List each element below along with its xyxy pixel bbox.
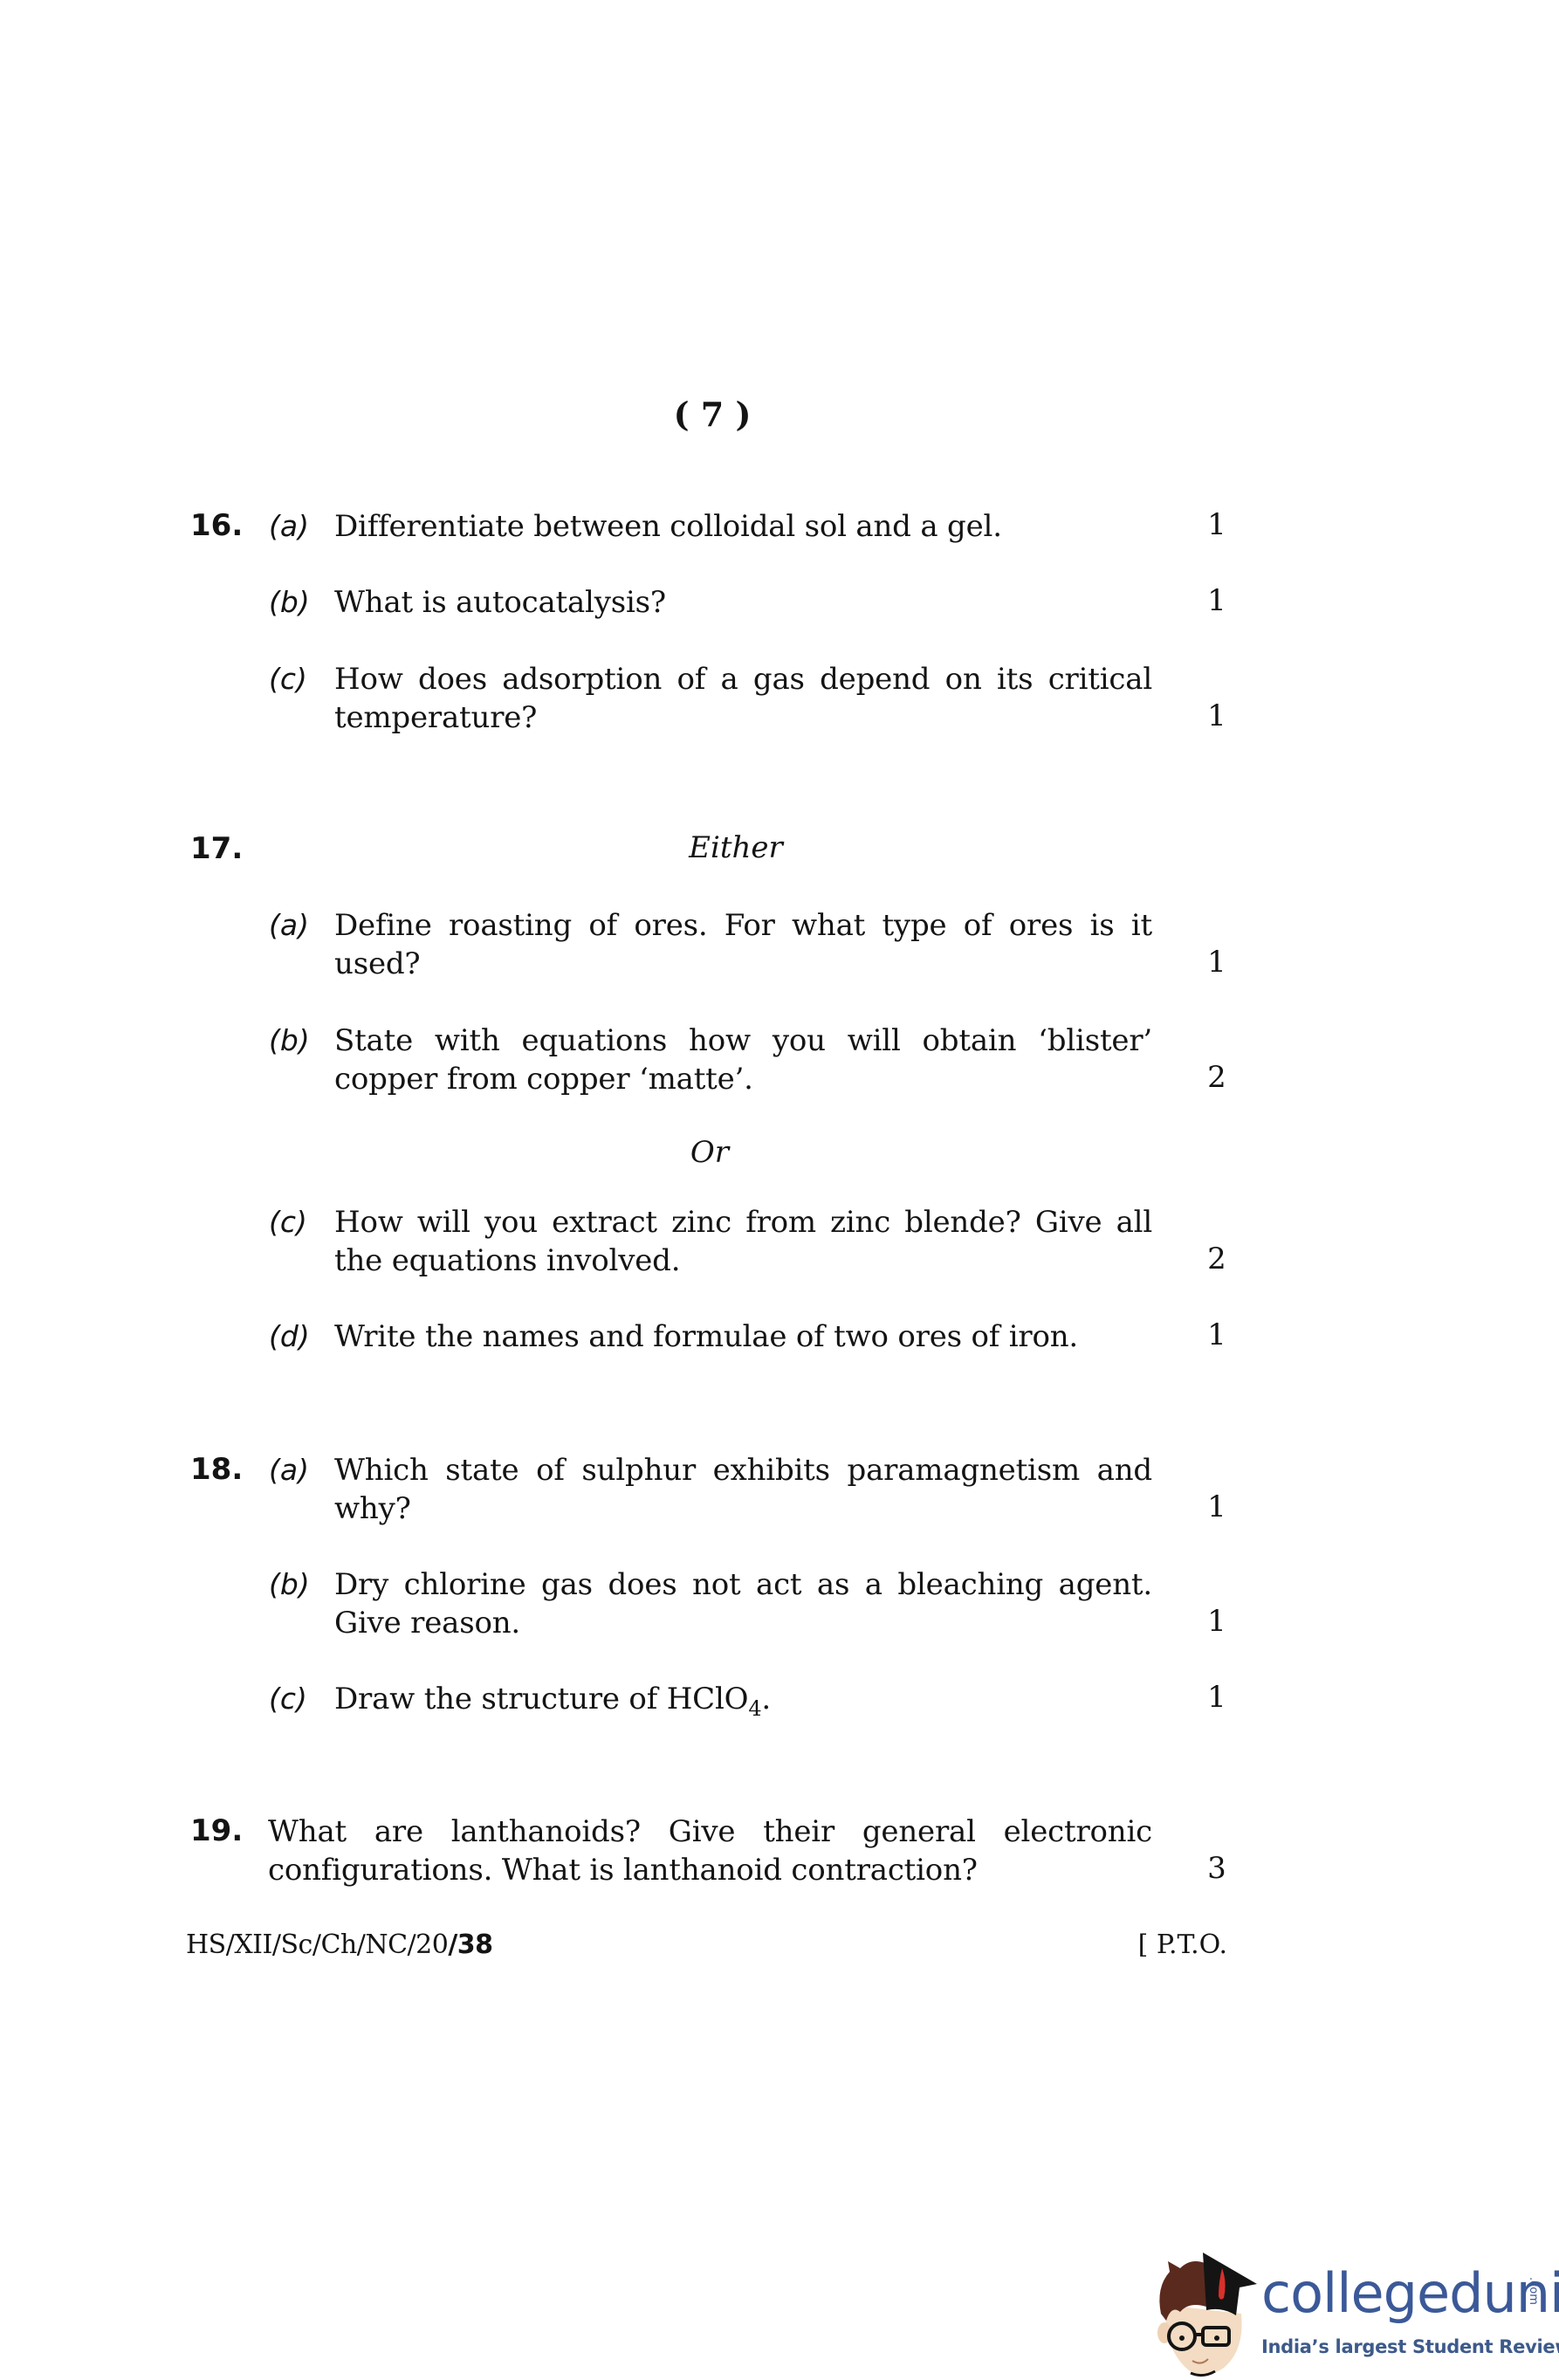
question-16b-line-1: What is autocatalysis? [334,585,666,620]
part-label-18b: (b) [269,1567,310,1601]
question-17b-line-2: copper from copper ‘matte’. [334,1062,753,1097]
question-17d-line-1: Write the names and formulae of two ores… [334,1319,1078,1354]
page-number: ( 7 ) [0,395,1425,434]
question-number-19: 19. [190,1813,243,1848]
question-16a-line-1: Differentiate between colloidal sol and … [334,509,1002,544]
marks-17d: 1 [1201,1317,1233,1352]
question-17b-line-1: State with equations how you will obtain… [334,1021,1152,1060]
question-17b-text: State with equations how you will obtain… [334,1021,1152,1098]
part-label-16a: (a) [269,509,309,543]
question-18a-line-2: why? [334,1491,411,1526]
question-17a-text: Define roasting of ores. For what type o… [334,906,1152,983]
question-16b-text: What is autocatalysis? [334,583,1152,622]
marks-18b: 1 [1201,1604,1233,1639]
question-16c-line-2: temperature? [334,700,537,735]
question-16c-text: How does adsorption of a gas depend on i… [334,660,1152,737]
marks-16b: 1 [1201,583,1233,618]
question-16c-line-1: How does adsorption of a gas depend on i… [334,660,1152,698]
question-17c-text: How will you extract zinc from zinc blen… [334,1203,1152,1280]
question-17c-line-1: How will you extract zinc from zinc blen… [334,1203,1152,1242]
marks-16a: 1 [1201,507,1233,542]
question-18a-line-1: Which state of sulphur exhibits paramagn… [334,1451,1152,1489]
question-17a-line-1: Define roasting of ores. For what type o… [334,906,1152,945]
question-17a-line-2: used? [334,946,420,981]
marks-18a: 1 [1201,1489,1233,1524]
question-number-18: 18. [190,1452,243,1487]
paper-code: HS/XII/Sc/Ch/NC/20/38 [186,1929,493,1960]
question-number-16: 16. [190,508,243,543]
pto-label: [ P.T.O. [1131,1929,1227,1960]
marks-18c: 1 [1201,1680,1233,1715]
marks-17c: 2 [1201,1242,1233,1276]
either-label: Either [0,830,1472,865]
part-label-17a: (a) [269,908,309,942]
marks-17b: 2 [1201,1060,1233,1095]
part-label-17b: (b) [269,1023,310,1057]
part-label-18a: (a) [269,1453,309,1487]
question-18b-text: Dry chlorine gas does not act as a bleac… [334,1565,1152,1642]
question-16a-text: Differentiate between colloidal sol and … [334,507,1152,546]
marks-16c: 1 [1201,698,1233,733]
question-19-text: What are lanthanoids? Give their general… [268,1813,1152,1889]
part-label-18c: (c) [269,1682,307,1716]
question-18b-line-1: Dry chlorine gas does not act as a bleac… [334,1565,1152,1604]
brand-tagline: India’s largest Student Review Platform [1261,2336,1559,2357]
question-18c-subscript: 4 [748,1696,761,1721]
question-18c-text: Draw the structure of HClO4. [334,1680,1152,1718]
brand-domain: .com [1527,2277,1540,2305]
brand-name: collegedunia [1261,2263,1559,2324]
question-18c-text-end: . [761,1682,771,1716]
question-18a-text: Which state of sulphur exhibits paramagn… [334,1451,1152,1528]
part-label-17c: (c) [269,1205,307,1239]
part-label-17d: (d) [269,1319,310,1353]
question-19-line-1: What are lanthanoids? Give their general… [268,1813,1152,1851]
question-18b-line-2: Give reason. [334,1606,520,1641]
question-19-line-2: configurations. What is lanthanoid contr… [268,1853,978,1888]
question-17d-text: Write the names and formulae of two ores… [334,1317,1152,1356]
collegedunia-logo: collegedunia .com India’s largest Studen… [1154,2253,1559,2380]
question-17c-line-2: the equations involved. [334,1243,680,1278]
part-label-16b: (b) [269,585,310,619]
paper-code-prefix: HS/XII/Sc/Ch/NC/20 [186,1929,448,1960]
question-18c-text-main: Draw the structure of HClO [334,1682,748,1716]
student-mascot-icon [1154,2253,1259,2380]
marks-17a: 1 [1201,945,1233,980]
part-label-16c: (c) [269,662,307,696]
paper-code-suffix: /38 [448,1929,492,1960]
or-label: Or [0,1135,1419,1170]
marks-19: 3 [1201,1851,1233,1886]
